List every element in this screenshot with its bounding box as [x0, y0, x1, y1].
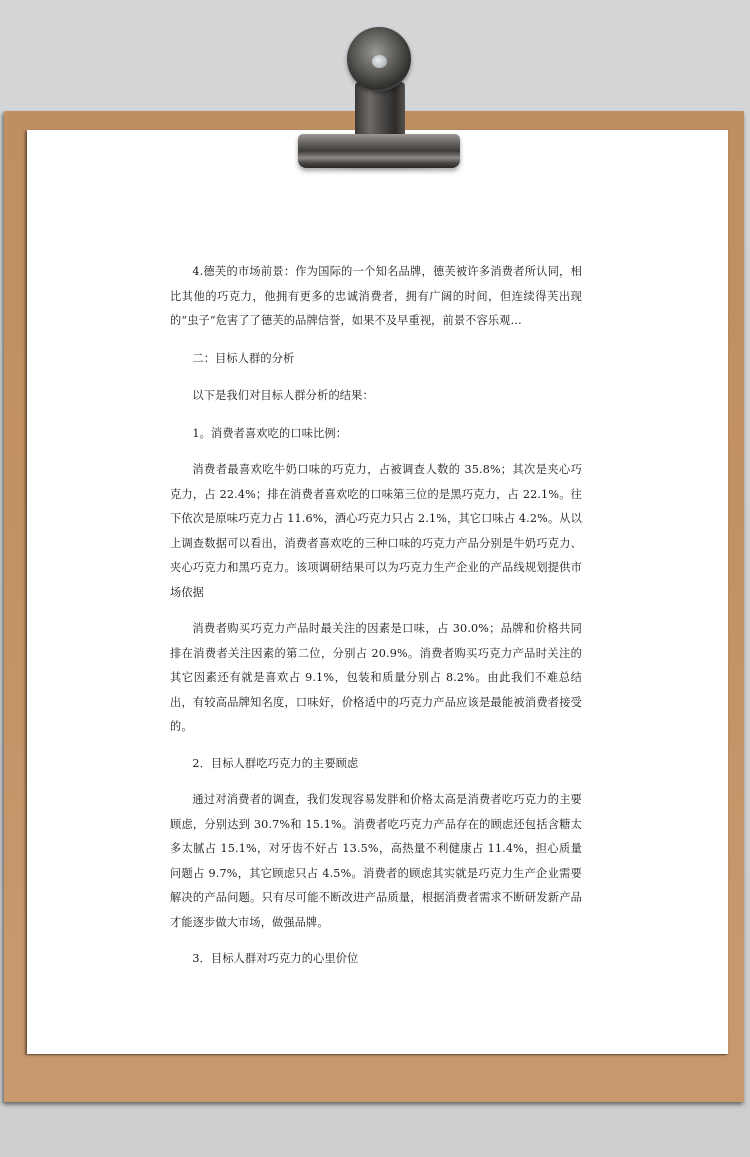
- subheading-taste-preference: 1。消费者喜欢吃的口味比例：: [170, 422, 582, 447]
- paragraph-taste-preference: 消费者最喜欢吃牛奶口味的巧克力，占被调查人数的 35.8%；其次是夹心巧克力，占…: [170, 458, 582, 605]
- document-body: 4.德芙的市场前景：作为国际的一个知名品牌，德芙被许多消费者所认同，相比其他的巧…: [170, 260, 582, 972]
- paragraph-concerns: 通过对消费者的调查，我们发现容易发胖和价格太高是消费者吃巧克力的主要顾虑，分别达…: [170, 788, 582, 935]
- subheading-price-expectation: 3．目标人群对巧克力的心里价位: [170, 947, 582, 972]
- paragraph-market-outlook: 4.德芙的市场前景：作为国际的一个知名品牌，德芙被许多消费者所认同，相比其他的巧…: [170, 260, 582, 334]
- binder-clip-base: [298, 134, 460, 168]
- binder-clip-hole: [372, 55, 387, 68]
- paragraph-purchase-factors: 消费者购买巧克力产品时最关注的因素是口味，占 30.0%；品牌和价格共同排在消费…: [170, 617, 582, 740]
- section-heading-target-audience: 二：目标人群的分析: [170, 347, 582, 372]
- subheading-concerns: 2．目标人群吃巧克力的主要顾虑: [170, 752, 582, 777]
- paragraph-intro: 以下是我们对目标人群分析的结果：: [170, 384, 582, 409]
